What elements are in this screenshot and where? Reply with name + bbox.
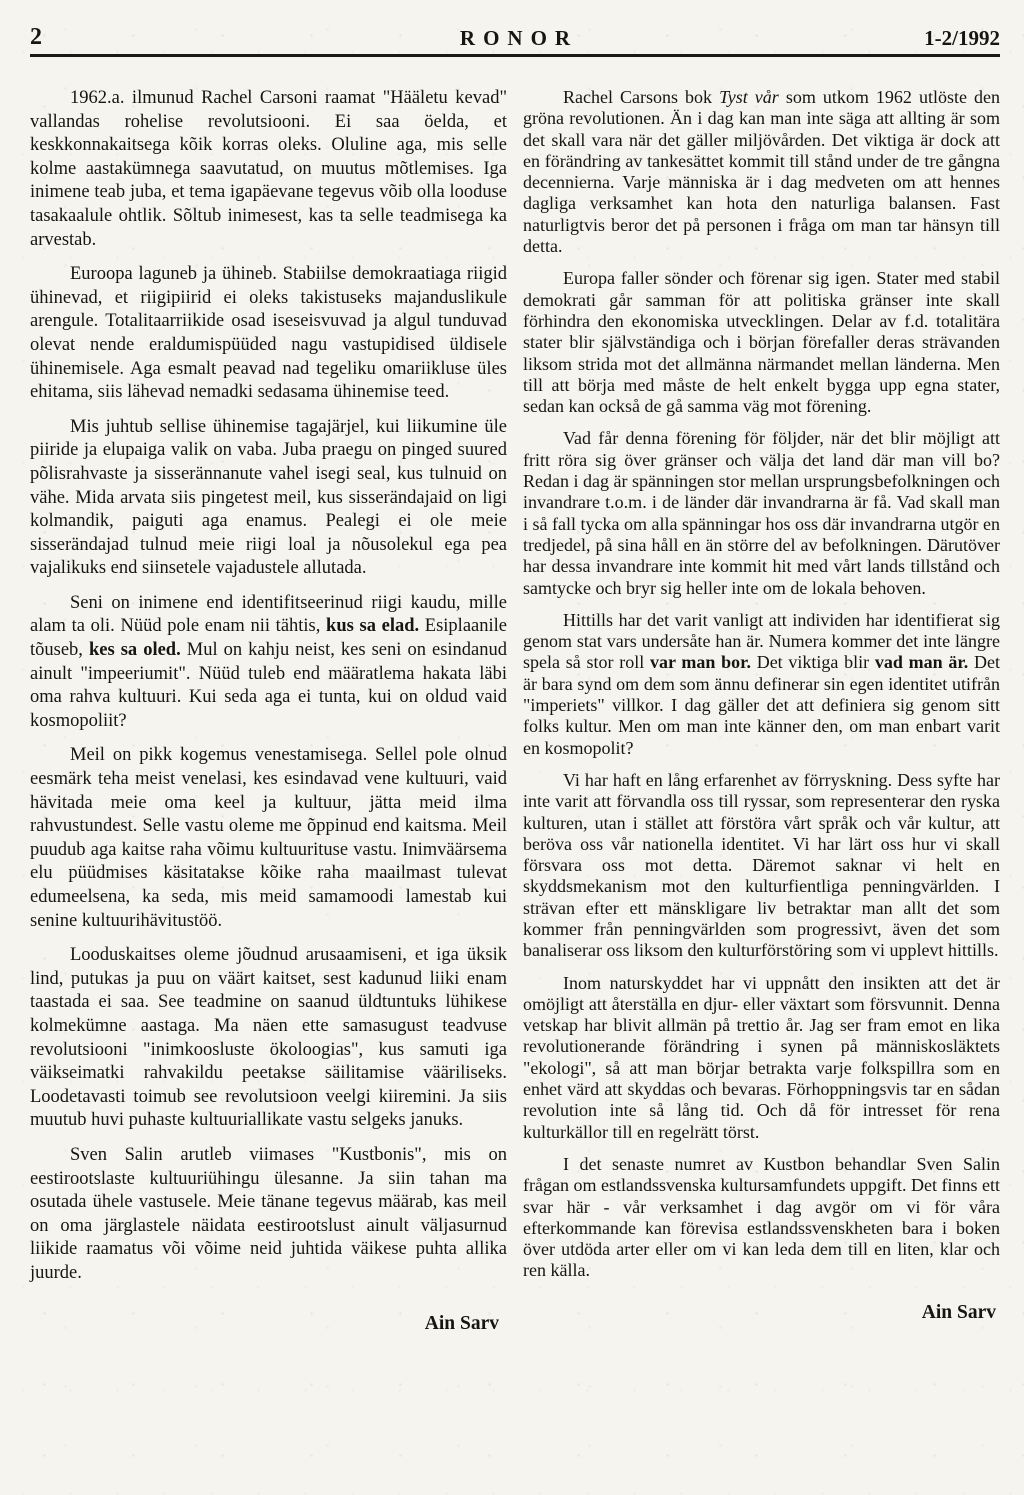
paragraph: Vad får denna förening för följder, när … <box>523 428 1000 598</box>
swedish-column: Rachel Carsons bok Tyst vår som utkom 19… <box>523 87 1000 1335</box>
article-columns: 1962.a. ilmunud Rachel Carsoni raamat "H… <box>30 87 1000 1335</box>
paragraph: Rachel Carsons bok Tyst vår som utkom 19… <box>523 87 1000 257</box>
paragraph: Inom naturskyddet har vi uppnått den ins… <box>523 973 1000 1143</box>
page-number: 2 <box>30 24 150 51</box>
italic-book-title: Tyst vår <box>719 87 779 107</box>
page-header: 2 RONOR 1-2/1992 <box>30 24 1000 51</box>
paragraph: I det senaste numret av Kustbon behandla… <box>523 1154 1000 1282</box>
paragraph: Hittills har det varit vanligt att indiv… <box>523 610 1000 759</box>
paragraph-text: som utkom 1962 utlöste den gröna revolut… <box>523 87 1000 256</box>
paragraph: 1962.a. ilmunud Rachel Carsoni raamat "H… <box>30 87 507 252</box>
estonian-column: 1962.a. ilmunud Rachel Carsoni raamat "H… <box>30 87 507 1335</box>
paragraph: Looduskaitses oleme jõudnud arusaamiseni… <box>30 944 507 1133</box>
author-signature: Ain Sarv <box>523 1302 1000 1323</box>
header-rule <box>30 54 1000 57</box>
paragraph: Euroopa laguneb ja ühineb. Stabiilse dem… <box>30 263 507 405</box>
paragraph: Sven Salin arutleb viimases "Kustbonis",… <box>30 1144 507 1286</box>
bold-emphasis: var man bor. <box>650 652 751 672</box>
journal-page: 2 RONOR 1-2/1992 1962.a. ilmunud Rachel … <box>0 0 1024 1495</box>
issue-number: 1-2/1992 <box>880 26 1000 51</box>
paragraph-text: Det viktiga blir <box>751 652 875 672</box>
bold-emphasis: kus sa elad. <box>326 616 419 636</box>
paragraph: Vi har haft en lång erfarenhet av förrys… <box>523 770 1000 962</box>
bold-emphasis: kes sa oled. <box>89 640 181 660</box>
bold-emphasis: vad man är. <box>875 652 968 672</box>
paragraph: Meil on pikk kogemus venestamisega. Sell… <box>30 744 507 933</box>
paragraph: Mis juhtub sellise ühinemise tagajärjel,… <box>30 416 507 581</box>
author-signature: Ain Sarv <box>30 1312 507 1336</box>
paragraph: Seni on inimene end identifitseerinud ri… <box>30 592 507 734</box>
journal-title: RONOR <box>150 26 880 51</box>
paragraph-text: Rachel Carsons bok <box>563 87 719 107</box>
paragraph: Europa faller sönder och förenar sig ige… <box>523 268 1000 417</box>
